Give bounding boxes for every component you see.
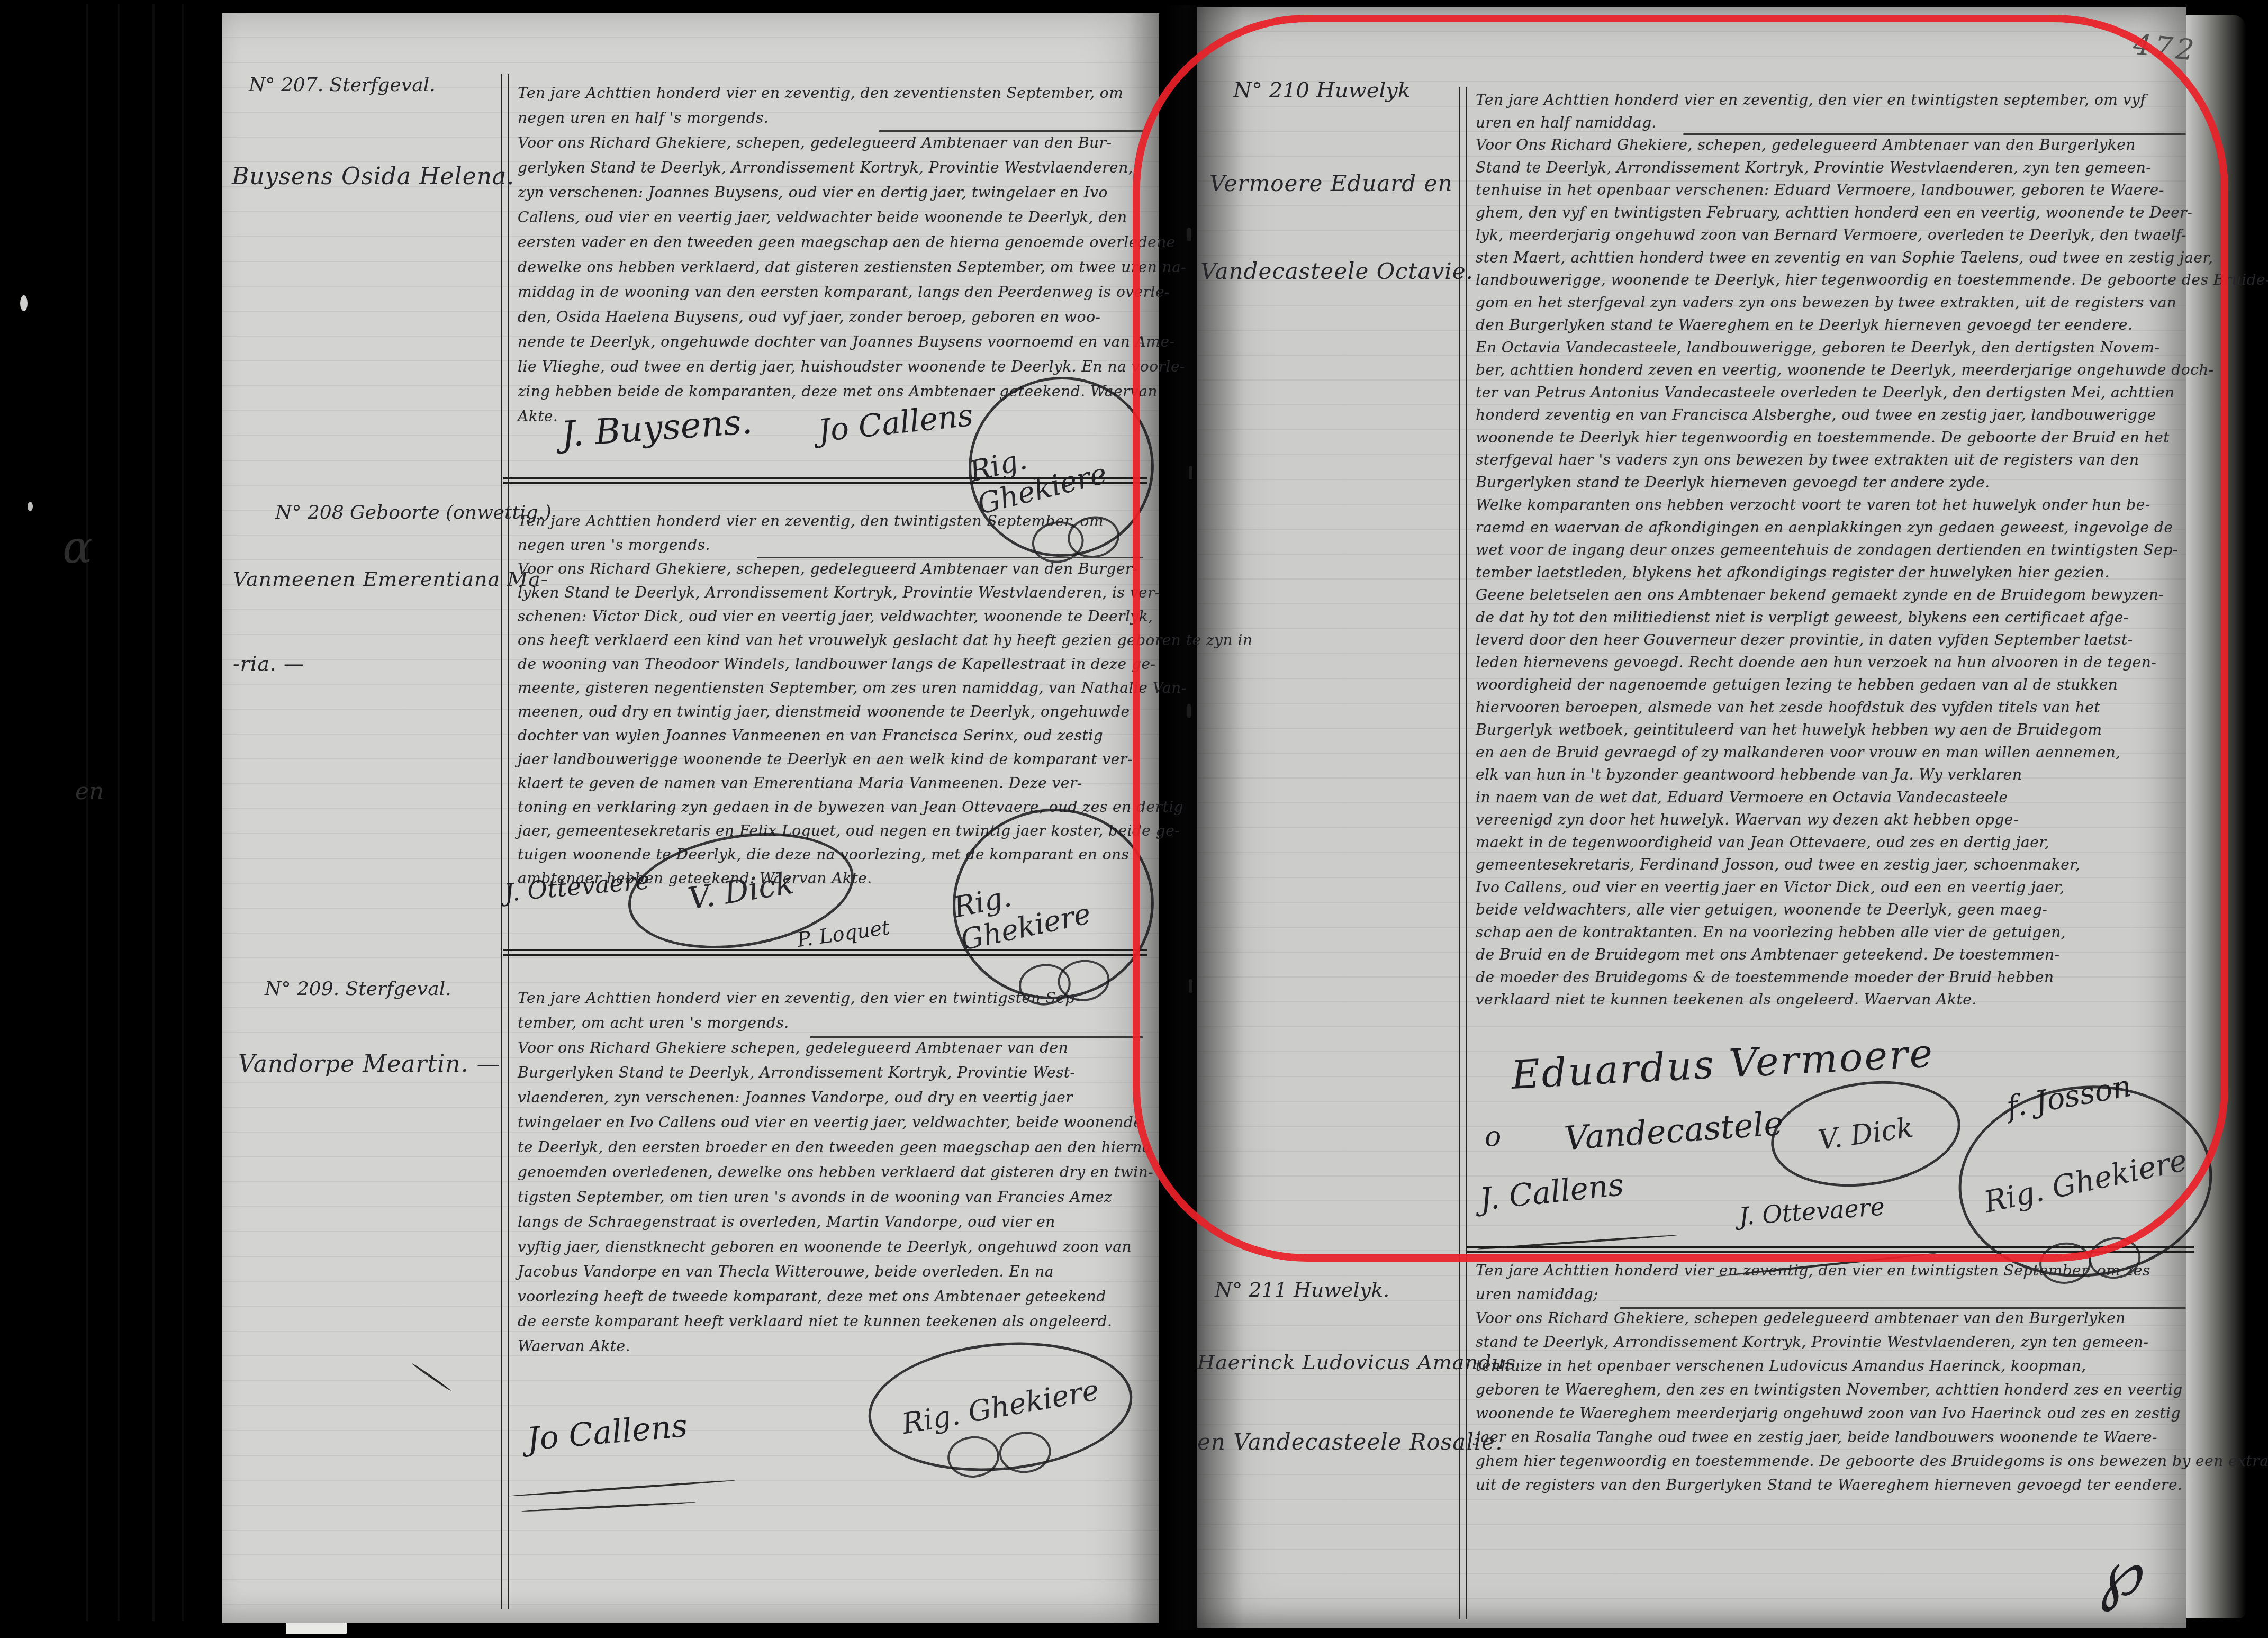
handwritten-line: tenhuize in het openbaer verschenen Ludo…: [1476, 1354, 2268, 1378]
entry-211-label: N° 211 Huwelyk.: [1215, 1278, 1389, 1301]
handwritten-line: dewelke ons hebben verklaerd, dat gister…: [518, 255, 1186, 279]
entry-207-margin-name: Buysens Osida Helena.: [232, 163, 514, 190]
handwritten-line: zyn verschenen: Joannes Buysens, oud vie…: [518, 180, 1186, 205]
handwritten-line: gerlyken Stand te Deerlyk, Arrondissemen…: [518, 155, 1186, 180]
handwritten-line: Jacobus Vandorpe en van Thecla Witterouw…: [518, 1259, 1153, 1284]
entry-separator-rule: [503, 949, 1147, 956]
entry-207-label: N° 207. Sterfgeval.: [249, 74, 436, 96]
handwritten-line: de eerste komparant heeft verklaard niet…: [518, 1309, 1153, 1334]
handwritten-line: Voor ons Richard Ghekiere schepen, gedel…: [518, 1035, 1153, 1060]
handwritten-line: woonende te Waereghem meerderjarig ongeh…: [1476, 1401, 2268, 1425]
entry-208-label: N° 208 Geboorte (onwettig.): [275, 502, 552, 523]
handwritten-line: Ten jare Achttien honderd vier en zevent…: [518, 985, 1153, 1010]
handwritten-line: Ten jare Achttien honderd vier en zevent…: [518, 80, 1186, 105]
handwritten-line: negen uren en half 's morgends.: [518, 105, 1186, 130]
handwritten-line: vyftig jaer, dienstknecht geboren en woo…: [518, 1234, 1153, 1259]
handwritten-line: middag in de wooning van den eersten kom…: [518, 279, 1186, 304]
page-edge-line: [86, 4, 88, 1621]
page-edge-line: [152, 4, 155, 1621]
handwritten-line: uit de registers van den Burgerlyken Sta…: [1476, 1473, 2268, 1497]
entry-211-body: Ten jare Achttien honderd vier en zevent…: [1476, 1259, 2268, 1497]
entry-208-margin-name-1: Vanmeenen Emerentiana Ma-: [233, 567, 548, 591]
line-filler-rule: [810, 1036, 1143, 1038]
handwritten-line: tember, om acht uren 's morgends.: [518, 1010, 1153, 1035]
entry-209-label: N° 209. Sterfgeval.: [265, 978, 451, 1000]
page-edge-line: [182, 4, 184, 1621]
page-edge-line: [118, 4, 120, 1621]
handwritten-line: Callens, oud vier en veertig jaer, veldw…: [518, 205, 1186, 230]
line-filler-rule: [879, 130, 1143, 132]
entry-209-body: Ten jare Achttien honderd vier en zevent…: [518, 985, 1153, 1359]
entry-208-margin-name-2: -ria. —: [233, 652, 304, 675]
scanner-speck: [20, 295, 28, 311]
entry-207-body: Ten jare Achttien honderd vier en zevent…: [518, 80, 1186, 429]
scanned-register-spread: α en N° 207. Sterfgeval. Buysens Osida H…: [0, 0, 2268, 1638]
line-filler-rule: [1620, 1307, 2186, 1309]
signature-ghekiere-209: Rig. Ghekiere: [899, 1373, 1101, 1440]
handwritten-line: Ten jare Achttien honderd vier en zevent…: [1476, 1259, 2268, 1282]
entry-211-margin-name-2: en Vandecasteele Rosalie.: [1197, 1429, 1503, 1455]
left-page-margin-rule: [501, 74, 509, 1609]
handwritten-line: stand te Deerlyk, Arrondissement Kortryk…: [1476, 1330, 2268, 1354]
handwritten-line: Voor ons Richard Ghekiere, schepen gedel…: [1476, 1306, 2268, 1330]
entry-209-margin-name: Vandorpe Meartin. —: [238, 1051, 501, 1078]
entry-211-margin-name-1: Haerinck Ludovicus Amandus: [1197, 1351, 1516, 1374]
handwritten-line: lie Vlieghe, oud twee en dertig jaer, hu…: [518, 354, 1186, 379]
handwritten-line: jaer en Rosalia Tanghe oud twee en zesti…: [1476, 1425, 2268, 1449]
handwritten-line: den, Osida Haelena Buysens, oud vyf jaer…: [518, 304, 1186, 329]
edge-scribble-alpha: α: [62, 521, 93, 573]
handwritten-line: uren namiddag;: [1476, 1282, 2268, 1306]
entry-separator-rule: [503, 477, 1147, 484]
handwritten-line: voorlezing heeft de tweede komparant, de…: [518, 1284, 1153, 1309]
handwritten-line: geboren te Waereghem, den zes en twintig…: [1476, 1378, 2268, 1401]
handwritten-line: ghem hier tegenwoordig en toestemmende. …: [1476, 1449, 2268, 1473]
handwritten-line: te Deerlyk, den eersten broeder en den t…: [518, 1135, 1153, 1160]
handwritten-line: nende te Deerlyk, ongehuwde dochter van …: [518, 329, 1186, 354]
signature-ghekiere-207: Rig. Ghekiere: [966, 413, 1156, 521]
line-filler-rule: [757, 557, 1143, 558]
handwritten-line: langs de Schraegenstraat is overleden, M…: [518, 1209, 1153, 1234]
handwritten-line: Burgerlyken Stand te Deerlyk, Arrondisse…: [518, 1060, 1153, 1085]
handwritten-line: Voor ons Richard Ghekiere, schepen, gede…: [518, 130, 1186, 155]
handwritten-line: tigsten September, om tien uren 's avond…: [518, 1184, 1153, 1209]
scanner-speck: [28, 502, 33, 511]
signature-ghekiere-208: Rig. Ghekiere: [951, 851, 1156, 957]
edge-scribble-en: en: [75, 778, 104, 805]
handwritten-line: twingelaer en Ivo Callens oud vier en ve…: [518, 1110, 1153, 1135]
handwritten-line: genoemden overledenen, dewelke ons hebbe…: [518, 1160, 1153, 1184]
left-page-edge-stack: [49, 4, 223, 1621]
handwritten-line: vlaenderen, zyn verschenen: Joannes Vand…: [518, 1085, 1153, 1110]
red-highlight-annotation: [1133, 15, 2228, 1262]
handwritten-line: eersten vader en den tweeden geen maegsc…: [518, 230, 1186, 255]
signature-dick-208: V. Dick: [685, 865, 796, 917]
